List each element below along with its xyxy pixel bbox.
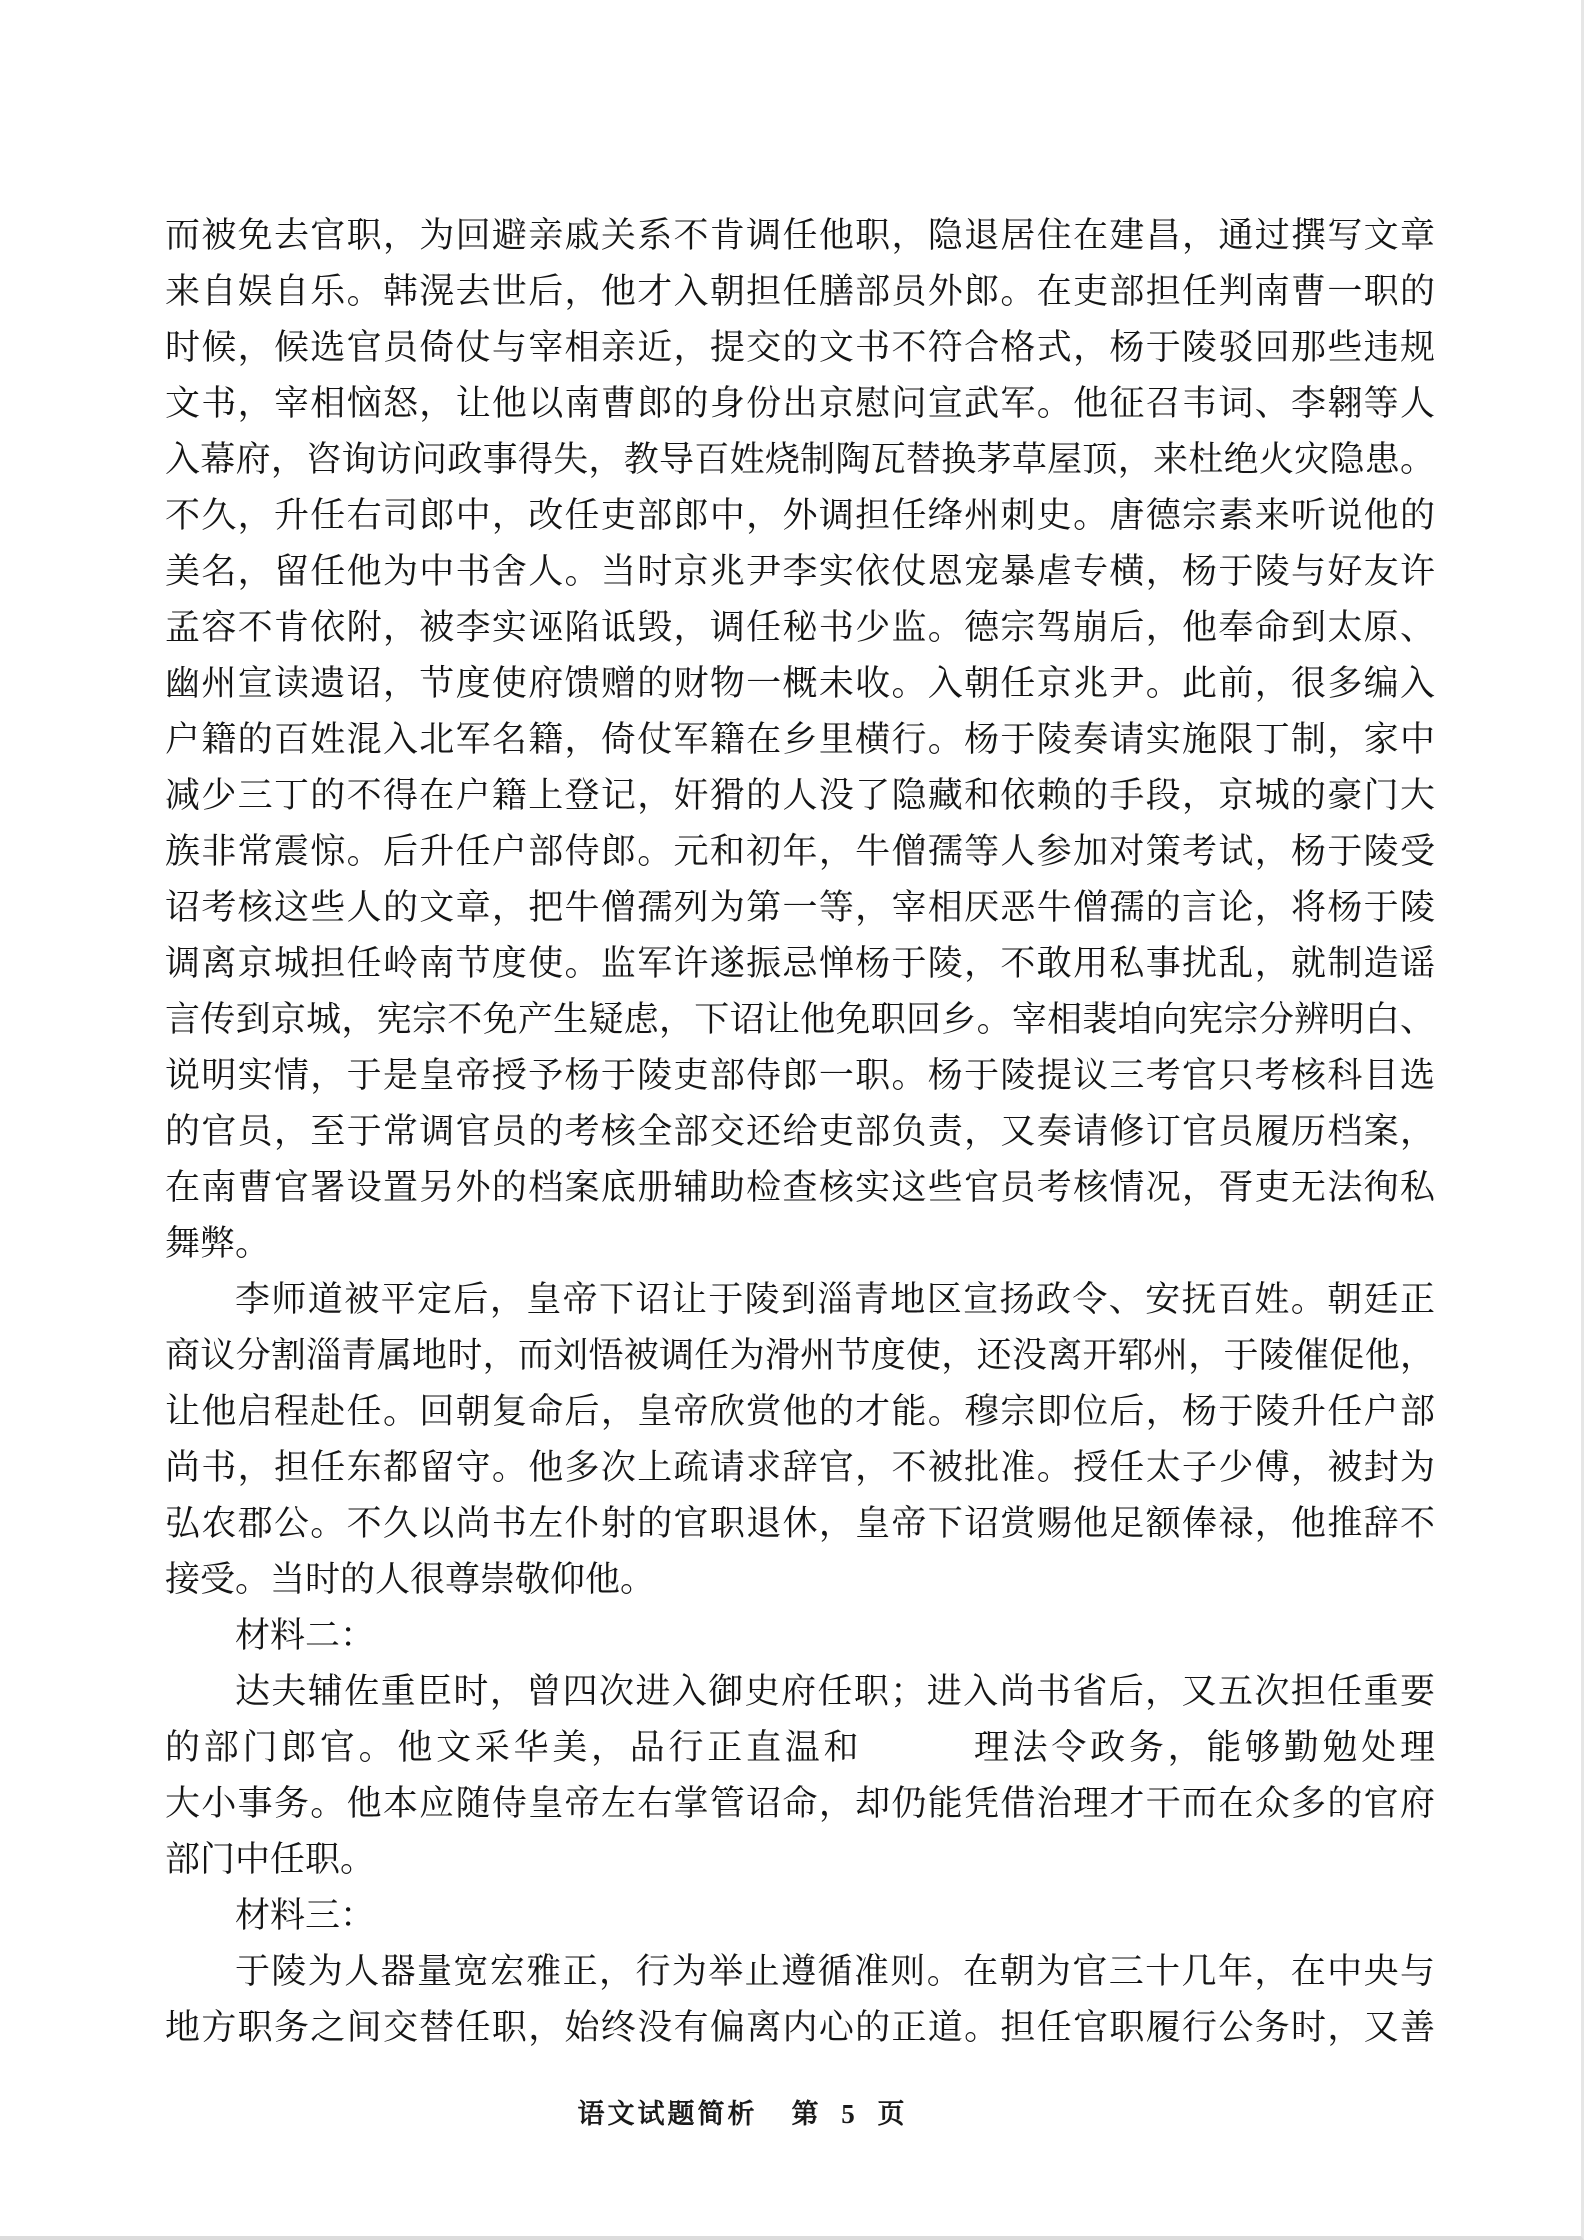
text-line: 族非常震惊。后升任户部侍郎。元和初年，牛僧孺等人参加对策考试，杨于陵受 [165,824,1435,880]
text-line: 的官员，至于常调官员的考核全部交还给吏部负责，又奏请修订官员履历档案， [165,1104,1435,1160]
text-line: 言传到京城，宪宗不免产生疑虑，下诏让他免职回乡。宰相裴垍向宪宗分辨明白、 [165,992,1435,1048]
text-body: 而被免去官职，为回避亲戚关系不肯调任他职，隐退居住在建昌，通过撰写文章 来自娱自… [165,208,1435,2056]
text-line: 调离京城担任岭南节度使。监军许遂振忌惮杨于陵，不敢用私事扰乱，就制造谣 [165,936,1435,992]
footer-title: 语文试题简析 [578,2099,758,2129]
text-line: 来自娱自乐。韩滉去世后，他才入朝担任膳部员外郎。在吏部担任判南曹一职的 [165,264,1435,320]
paragraph-start-line: 李师道被平定后，皇帝下诏让于陵到淄青地区宣扬政令、安抚百姓。朝廷正 [165,1272,1435,1328]
footer-page-number: 第 5 页 [792,2099,913,2129]
text-line: 时候，候选官员倚仗与宰相亲近，提交的文书不符合格式，杨于陵驳回那些违规 [165,320,1435,376]
paragraph-start-line: 于陵为人器量宽宏雅正，行为举止遵循准则。在朝为官三十几年，在中央与 [165,1944,1435,2000]
material-2-heading: 材料二： [165,1608,1435,1664]
paragraph-end-line: 接受。当时的人很尊崇敬仰他。 [165,1552,1435,1608]
text-line: 大小事务。他本应随侍皇帝左右掌管诏命，却仍能凭借治理才干而在众多的官府 [165,1776,1435,1832]
document-page: 而被免去官职，为回避亲戚关系不肯调任他职，隐退居住在建昌，通过撰写文章 来自娱自… [0,0,1584,2240]
page-footer: 语文试题简析第 5 页 [0,2092,1490,2131]
text-line: 尚书，担任东都留守。他多次上疏请求辞官，不被批准。授任太子少傅，被封为 [165,1440,1435,1496]
text-line: 幽州宣读遗诏，节度使府馈赠的财物一概未收。入朝任京兆尹。此前，很多编入 [165,656,1435,712]
paragraph-end-line: 舞弊。 [165,1216,1435,1272]
text-line: 孟容不肯依附，被李实诬陷诋毁，调任秘书少监。德宗驾崩后，他奉命到太原、 [165,600,1435,656]
text-line: 入幕府，咨询访问政事得失，教导百姓烧制陶瓦替换茅草屋顶，来杜绝火灾隐患。 [165,432,1435,488]
text-line: 在南曹官署设置另外的档案底册辅助检查核实这些官员考核情况，胥吏无法徇私 [165,1160,1435,1216]
text-line: 而被免去官职，为回避亲戚关系不肯调任他职，隐退居住在建昌，通过撰写文章 [165,208,1435,264]
text-line: 文书，宰相恼怒，让他以南曹郎的身份出京慰问宣武军。他征召韦词、李翱等人 [165,376,1435,432]
gap-line-after: 理法令政务，能够勤勉处理 [970,1728,1435,1767]
text-line: 商议分割淄青属地时，而刘悟被调任为滑州节度使，还没离开郓州，于陵催促他， [165,1328,1435,1384]
paragraph-start-line: 达夫辅佐重臣时，曾四次进入御史府任职；进入尚书省后，又五次担任重要 [165,1664,1435,1720]
text-line: 减少三丁的不得在户籍上登记，奸猾的人没了隐藏和依赖的手段，京城的豪门大 [165,768,1435,824]
text-line: 户籍的百姓混入北军名籍，倚仗军籍在乡里横行。杨于陵奏请实施限丁制，家中 [165,712,1435,768]
paragraph-end-line: 部门中任职。 [165,1832,1435,1888]
text-line: 让他启程赴任。回朝复命后，皇帝欣赏他的才能。穆宗即位后，杨于陵升任户部 [165,1384,1435,1440]
text-line: 不久，升任右司郎中，改任吏部郎中，外调担任绛州刺史。唐德宗素来听说他的 [165,488,1435,544]
text-line: 地方职务之间交替任职，始终没有偏离内心的正道。担任官职履行公务时，又善 [165,2000,1435,2056]
material-3-heading: 材料三： [165,1888,1435,1944]
text-line-with-gap: 的部门郎官。他文采华美，品行正直温和理法令政务，能够勤勉处理 [165,1720,1435,1776]
text-line: 美名，留任他为中书舍人。当时京兆尹李实依仗恩宠暴虐专横，杨于陵与好友许 [165,544,1435,600]
text-line: 说明实情，于是皇帝授予杨于陵吏部侍郎一职。杨于陵提议三考官只考核科目选 [165,1048,1435,1104]
gap-line-before: 的部门郎官。他文采华美，品行正直温和 [165,1728,862,1767]
blank-gap [862,1758,970,1759]
text-line: 弘农郡公。不久以尚书左仆射的官职退休，皇帝下诏赏赐他足额俸禄，他推辞不 [165,1496,1435,1552]
text-line: 诏考核这些人的文章，把牛僧孺列为第一等，宰相厌恶牛僧孺的言论，将杨于陵 [165,880,1435,936]
